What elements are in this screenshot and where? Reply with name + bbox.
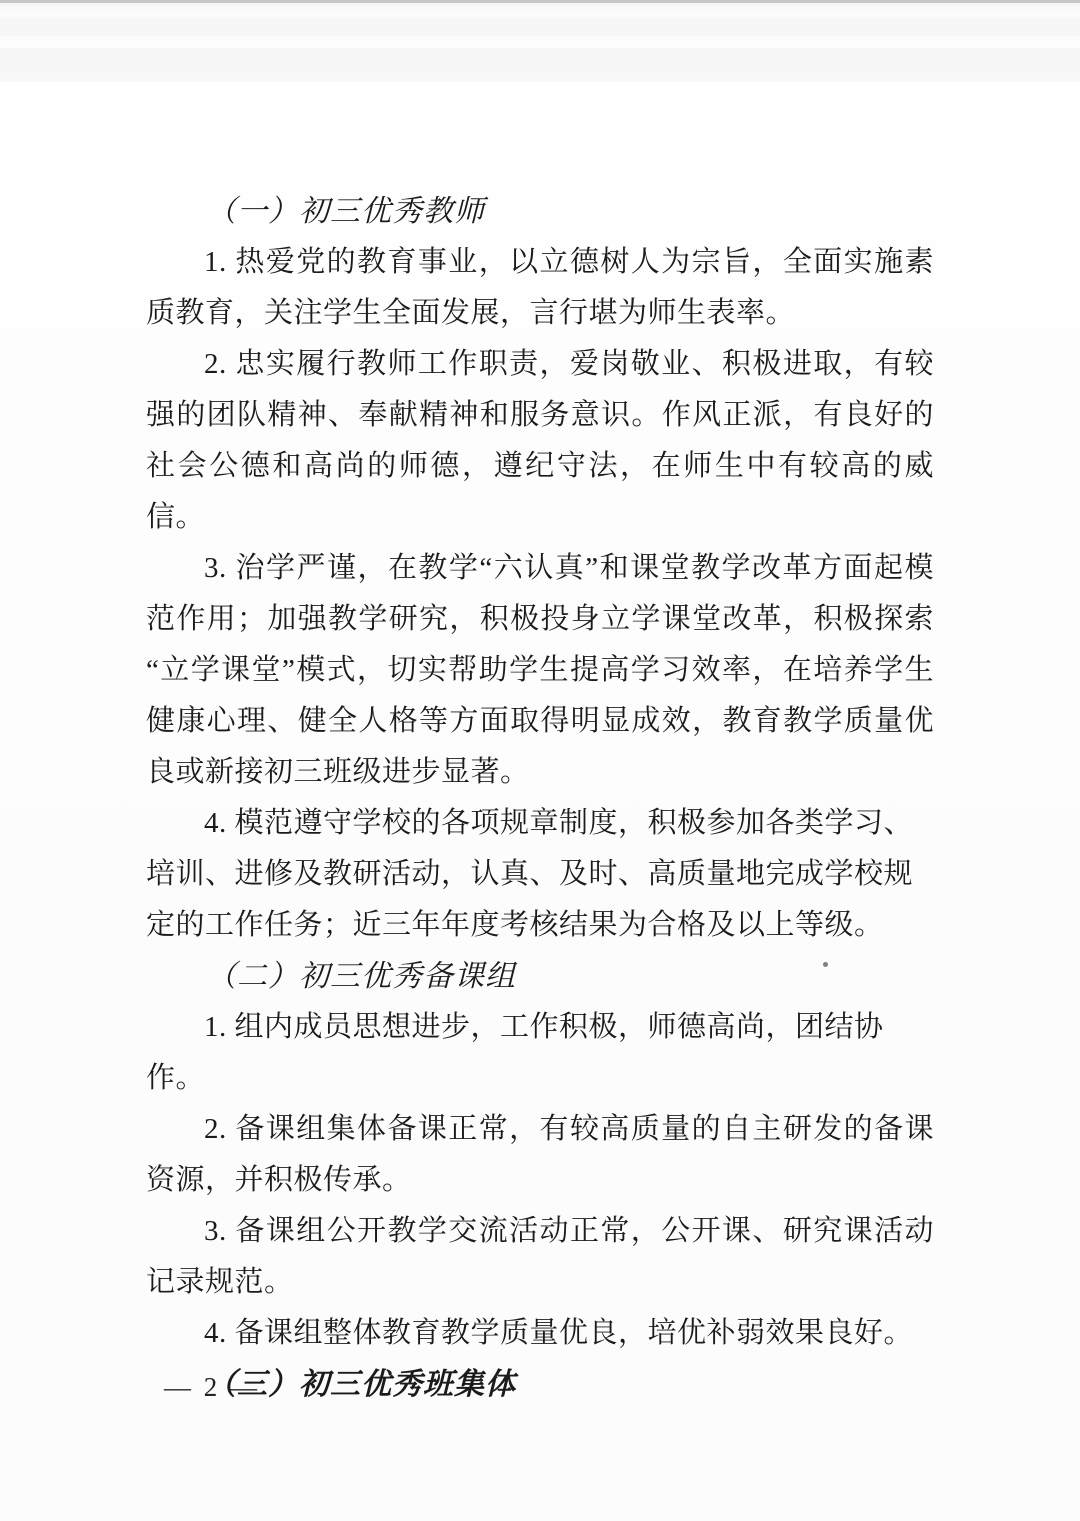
paragraph: 1. 组内成员思想进步，工作积极，师德高尚，团结协作。	[146, 1002, 934, 1104]
section-excellent-class-collective: （三）初三优秀班集体	[146, 1359, 934, 1410]
scanned-document-page: （一）初三优秀教师 1. 热爱党的教育事业，以立德树人为宗旨，全面实施素质教育，…	[0, 0, 1080, 1521]
paragraph: 1. 热爱党的教育事业，以立德树人为宗旨，全面实施素质教育，关注学生全面发展，言…	[146, 237, 934, 339]
section-heading: （一）初三优秀教师	[146, 186, 934, 237]
scan-edge-line	[0, 0, 1080, 3]
paragraph: 4. 备课组整体教育教学质量优良，培优补弱效果良好。	[146, 1308, 934, 1359]
section-excellent-grade9-teachers: （一）初三优秀教师 1. 热爱党的教育事业，以立德树人为宗旨，全面实施素质教育，…	[146, 186, 934, 951]
paragraph: 2. 忠实履行教师工作职责，爱岗敬业、积极进取，有较强的团队精神、奉献精神和服务…	[146, 339, 934, 543]
scan-streak	[0, 48, 1080, 82]
document-body: （一）初三优秀教师 1. 热爱党的教育事业，以立德树人为宗旨，全面实施素质教育，…	[146, 186, 934, 1410]
section-excellent-lesson-prep-group: （二）初三优秀备课组 1. 组内成员思想进步，工作积极，师德高尚，团结协作。 2…	[146, 951, 934, 1359]
paragraph: 4. 模范遵守学校的各项规章制度，积极参加各类学习、培训、进修及教研活动，认真、…	[146, 798, 934, 951]
paragraph: 3. 治学严谨，在教学“六认真”和课堂教学改革方面起模范作用；加强教学研究，积极…	[146, 543, 934, 798]
page-number: — 2 —	[164, 1372, 260, 1403]
paragraph: 2. 备课组集体备课正常，有较高质量的自主研发的备课资源，并积极传承。	[146, 1104, 934, 1206]
paragraph: 3. 备课组公开教学交流活动正常，公开课、研究课活动记录规范。	[146, 1206, 934, 1308]
scan-speck	[823, 962, 828, 967]
section-heading: （二）初三优秀备课组	[146, 951, 934, 1002]
section-heading: （三）初三优秀班集体	[146, 1359, 934, 1410]
scan-streak	[0, 18, 1080, 36]
